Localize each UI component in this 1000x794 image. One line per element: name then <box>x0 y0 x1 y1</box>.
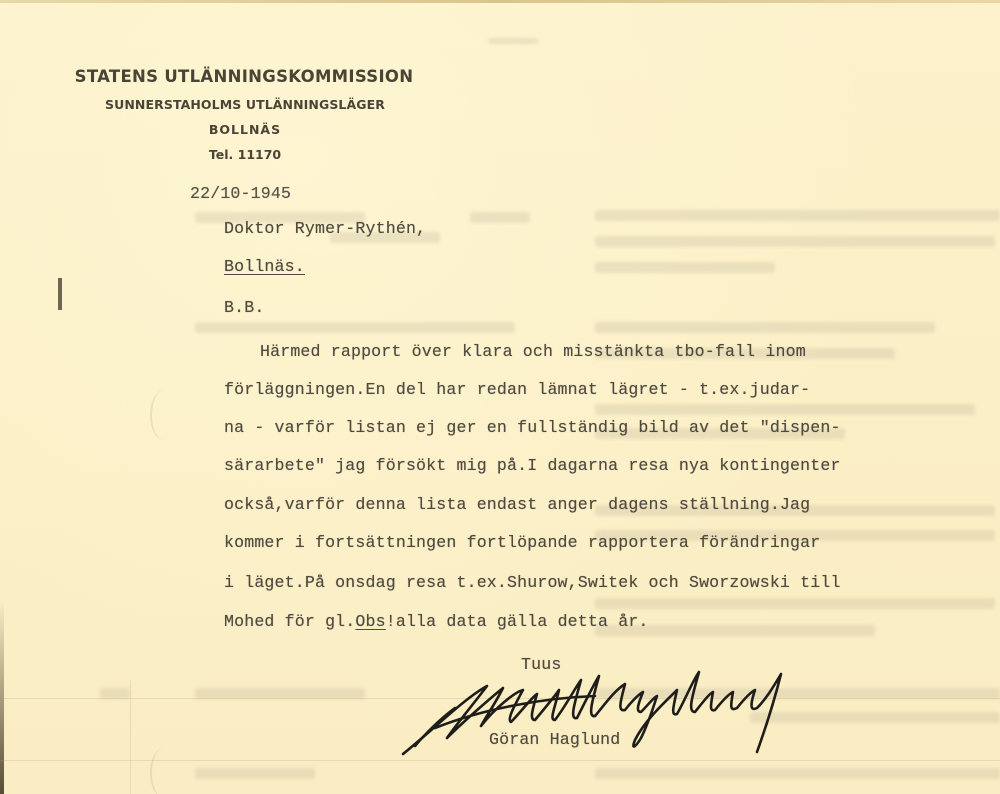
margin-bar-icon <box>58 278 62 310</box>
salutation: B.B. <box>224 298 264 317</box>
body-line-last: Mohed för gl.Obs!alla data gälla detta å… <box>224 612 649 631</box>
body-line: i läget.På onsdag resa t.ex.Shurow,Swite… <box>224 573 841 592</box>
obs-underlined: Obs <box>355 612 385 631</box>
body-line: Härmed rapport över klara och misstänkta… <box>260 342 806 361</box>
last-line-start: Mohed för gl. <box>224 612 355 631</box>
last-line-end: !alla data gälla detta år. <box>386 612 649 631</box>
letter-page: STATENS UTLÄNNINGSKOMMISSION SUNNERSTAHO… <box>0 0 1000 794</box>
body-line: na - varför listan ej ger en fullständig… <box>224 418 841 437</box>
paper-left-edge <box>0 600 4 794</box>
body-line: också,varför denna lista endast anger da… <box>224 495 810 514</box>
recipient-name: Doktor Rymer-Rythén, <box>224 219 426 238</box>
signer-name: Göran Haglund <box>489 730 620 749</box>
letter-date: 22/10-1945 <box>190 184 291 203</box>
letterhead-camp: SUNNERSTAHOLMS UTLÄNNINGSLÄGER <box>100 97 390 112</box>
paper-top-edge <box>0 0 1000 3</box>
letterhead-town: BOLLNÄS <box>170 122 320 137</box>
letterhead-organization: STATENS UTLÄNNINGSKOMMISSION <box>68 67 420 86</box>
recipient-city: Bollnäs. <box>224 257 305 276</box>
body-line: förläggningen.En del har redan lämnat lä… <box>224 380 810 399</box>
body-line: särarbete" jag försökt mig på.I dagarna … <box>224 456 841 475</box>
letterhead-phone: Tel. 11170 <box>170 147 320 162</box>
body-line: kommer i fortsättningen fortlöpande rapp… <box>224 533 820 552</box>
